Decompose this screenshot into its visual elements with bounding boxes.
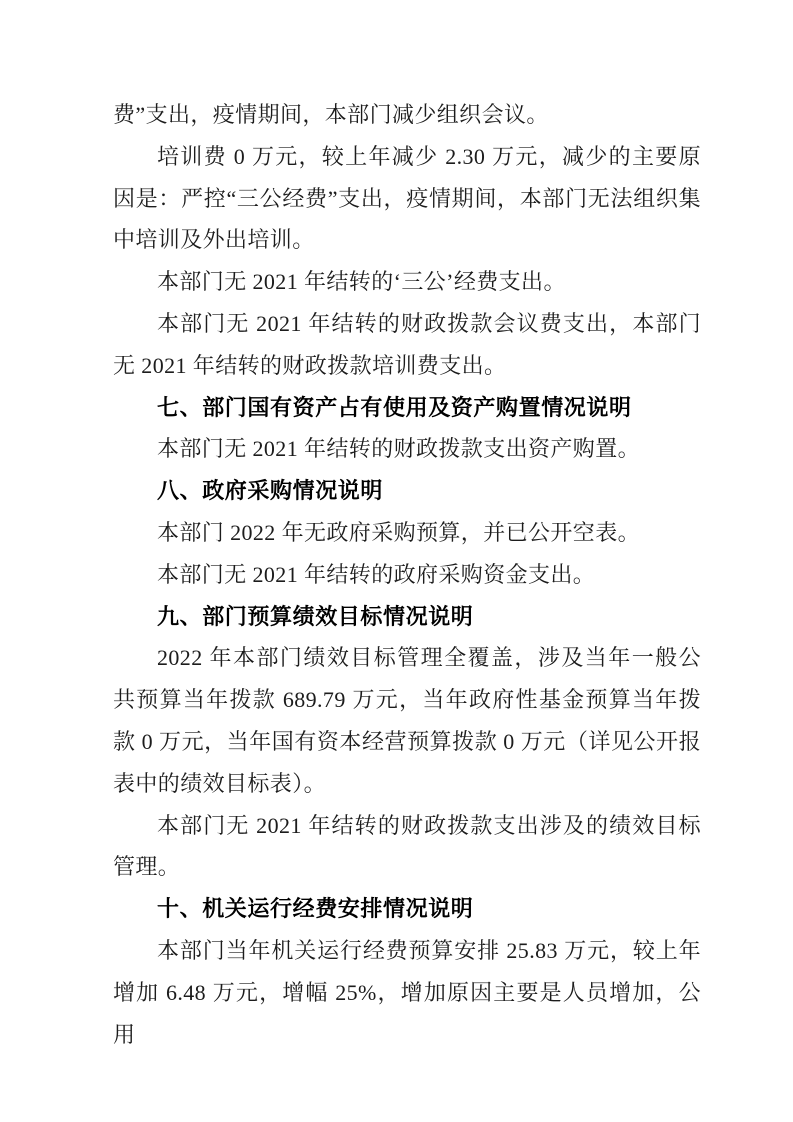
paragraph-training-fee: 培训费 0 万元，较上年减少 2.30 万元，减少的主要原因是：严控“三公经费”… — [113, 136, 701, 261]
paragraph-asset-purchase: 本部门无 2021 年结转的财政拨款支出资产购置。 — [113, 428, 701, 470]
paragraph-continuation: 费”支出，疫情期间，本部门减少组织会议。 — [113, 94, 701, 136]
document-page: 费”支出，疫情期间，本部门减少组织会议。 培训费 0 万元，较上年减少 2.30… — [0, 0, 793, 1122]
paragraph-procurement-carryover: 本部门无 2021 年结转的政府采购资金支出。 — [113, 554, 701, 596]
section-heading-nine: 九、部门预算绩效目标情况说明 — [113, 596, 701, 638]
paragraph-no-carryover-meeting-training: 本部门无 2021 年结转的财政拨款会议费支出，本部门无 2021 年结转的财政… — [113, 303, 701, 387]
paragraph-performance-carryover: 本部门无 2021 年结转的财政拨款支出涉及的绩效目标管理。 — [113, 805, 701, 889]
paragraph-operating-expenses: 本部门当年机关运行经费预算安排 25.83 万元，较上年增加 6.48 万元，增… — [113, 930, 701, 1055]
paragraph-procurement-budget: 本部门 2022 年无政府采购预算，并已公开空表。 — [113, 512, 701, 554]
section-heading-ten: 十、机关运行经费安排情况说明 — [113, 888, 701, 930]
paragraph-no-carryover-sangong: 本部门无 2021 年结转的‘三公’经费支出。 — [113, 261, 701, 303]
paragraph-performance-targets: 2022 年本部门绩效目标管理全覆盖，涉及当年一般公共预算当年拨款 689.79… — [113, 637, 701, 804]
section-heading-eight: 八、政府采购情况说明 — [113, 470, 701, 512]
document-text-block: 费”支出，疫情期间，本部门减少组织会议。 培训费 0 万元，较上年减少 2.30… — [113, 94, 701, 1055]
section-heading-seven: 七、部门国有资产占有使用及资产购置情况说明 — [113, 387, 701, 429]
